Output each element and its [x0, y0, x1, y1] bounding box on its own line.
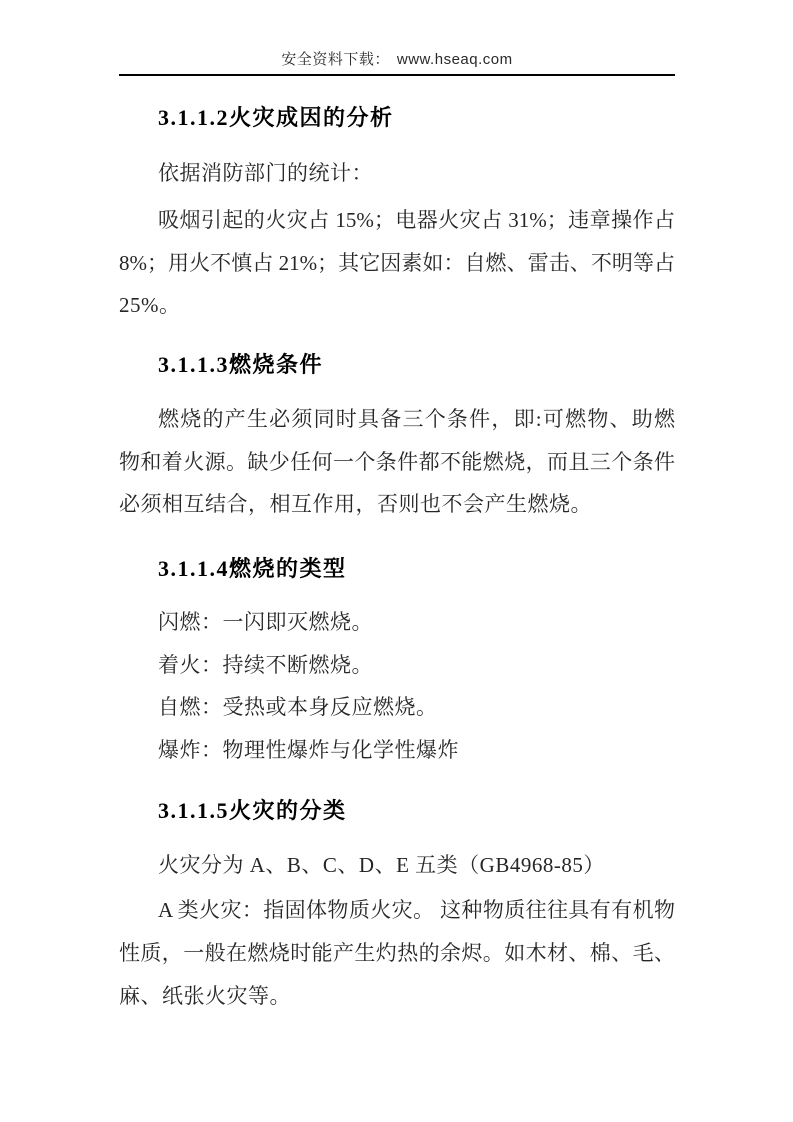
line-conditions-1: 燃烧的产生必须同时具备三个条件，即:可燃物、助燃 — [119, 407, 675, 431]
line-class-a-1: A 类火灾：指固体物质火灾。 这种物质往往具有有机物 — [119, 898, 675, 922]
heading-combustion-types: 3.1.1.4燃烧的类型 — [119, 556, 675, 581]
document-page: 安全资料下载：www.hseaq.com 3.1.1.2火灾成因的分析 依据消防… — [0, 0, 793, 1122]
heading-fire-classification: 3.1.1.5火灾的分类 — [119, 798, 675, 823]
line-class-a-2: 性质，一般在燃烧时能产生灼热的余烬。如木材、棉、毛、 — [119, 941, 675, 965]
line-stats-intro: 依据消防部门的统计： — [119, 161, 675, 185]
header-site-url: www.hseaq.com — [397, 51, 513, 68]
line-type-ignition: 着火：持续不断燃烧。 — [119, 653, 675, 677]
line-conditions-2: 物和着火源。缺少任何一个条件都不能燃烧，而且三个条件 — [119, 450, 675, 474]
line-classification-intro: 火灾分为 A、B、C、D、E 五类（GB4968-85） — [119, 853, 675, 877]
heading-combustion-conditions: 3.1.1.3燃烧条件 — [119, 352, 675, 377]
line-conditions-3: 必须相互结合，相互作用，否则也不会产生燃烧。 — [119, 492, 675, 516]
line-stats-2: 8%；用火不慎占 21%；其它因素如：自燃、雷击、不明等占 — [119, 251, 675, 275]
line-type-spontaneous: 自燃：受热或本身反应燃烧。 — [119, 695, 675, 719]
header-site-label: 安全资料下载： — [281, 51, 390, 68]
line-type-explosion: 爆炸：物理性爆炸与化学性爆炸 — [119, 738, 675, 762]
line-stats-1: 吸烟引起的火灾占 15%；电器火灾占 31%；违章操作占 — [119, 208, 675, 232]
page-header: 安全资料下载：www.hseaq.com — [119, 48, 675, 69]
header-rule — [119, 74, 675, 76]
line-type-flash: 闪燃：一闪即灭燃烧。 — [119, 610, 675, 634]
line-stats-3: 25%。 — [119, 293, 675, 317]
heading-fire-cause-analysis: 3.1.1.2火灾成因的分析 — [119, 105, 675, 130]
line-class-a-3: 麻、纸张火灾等。 — [119, 984, 675, 1008]
